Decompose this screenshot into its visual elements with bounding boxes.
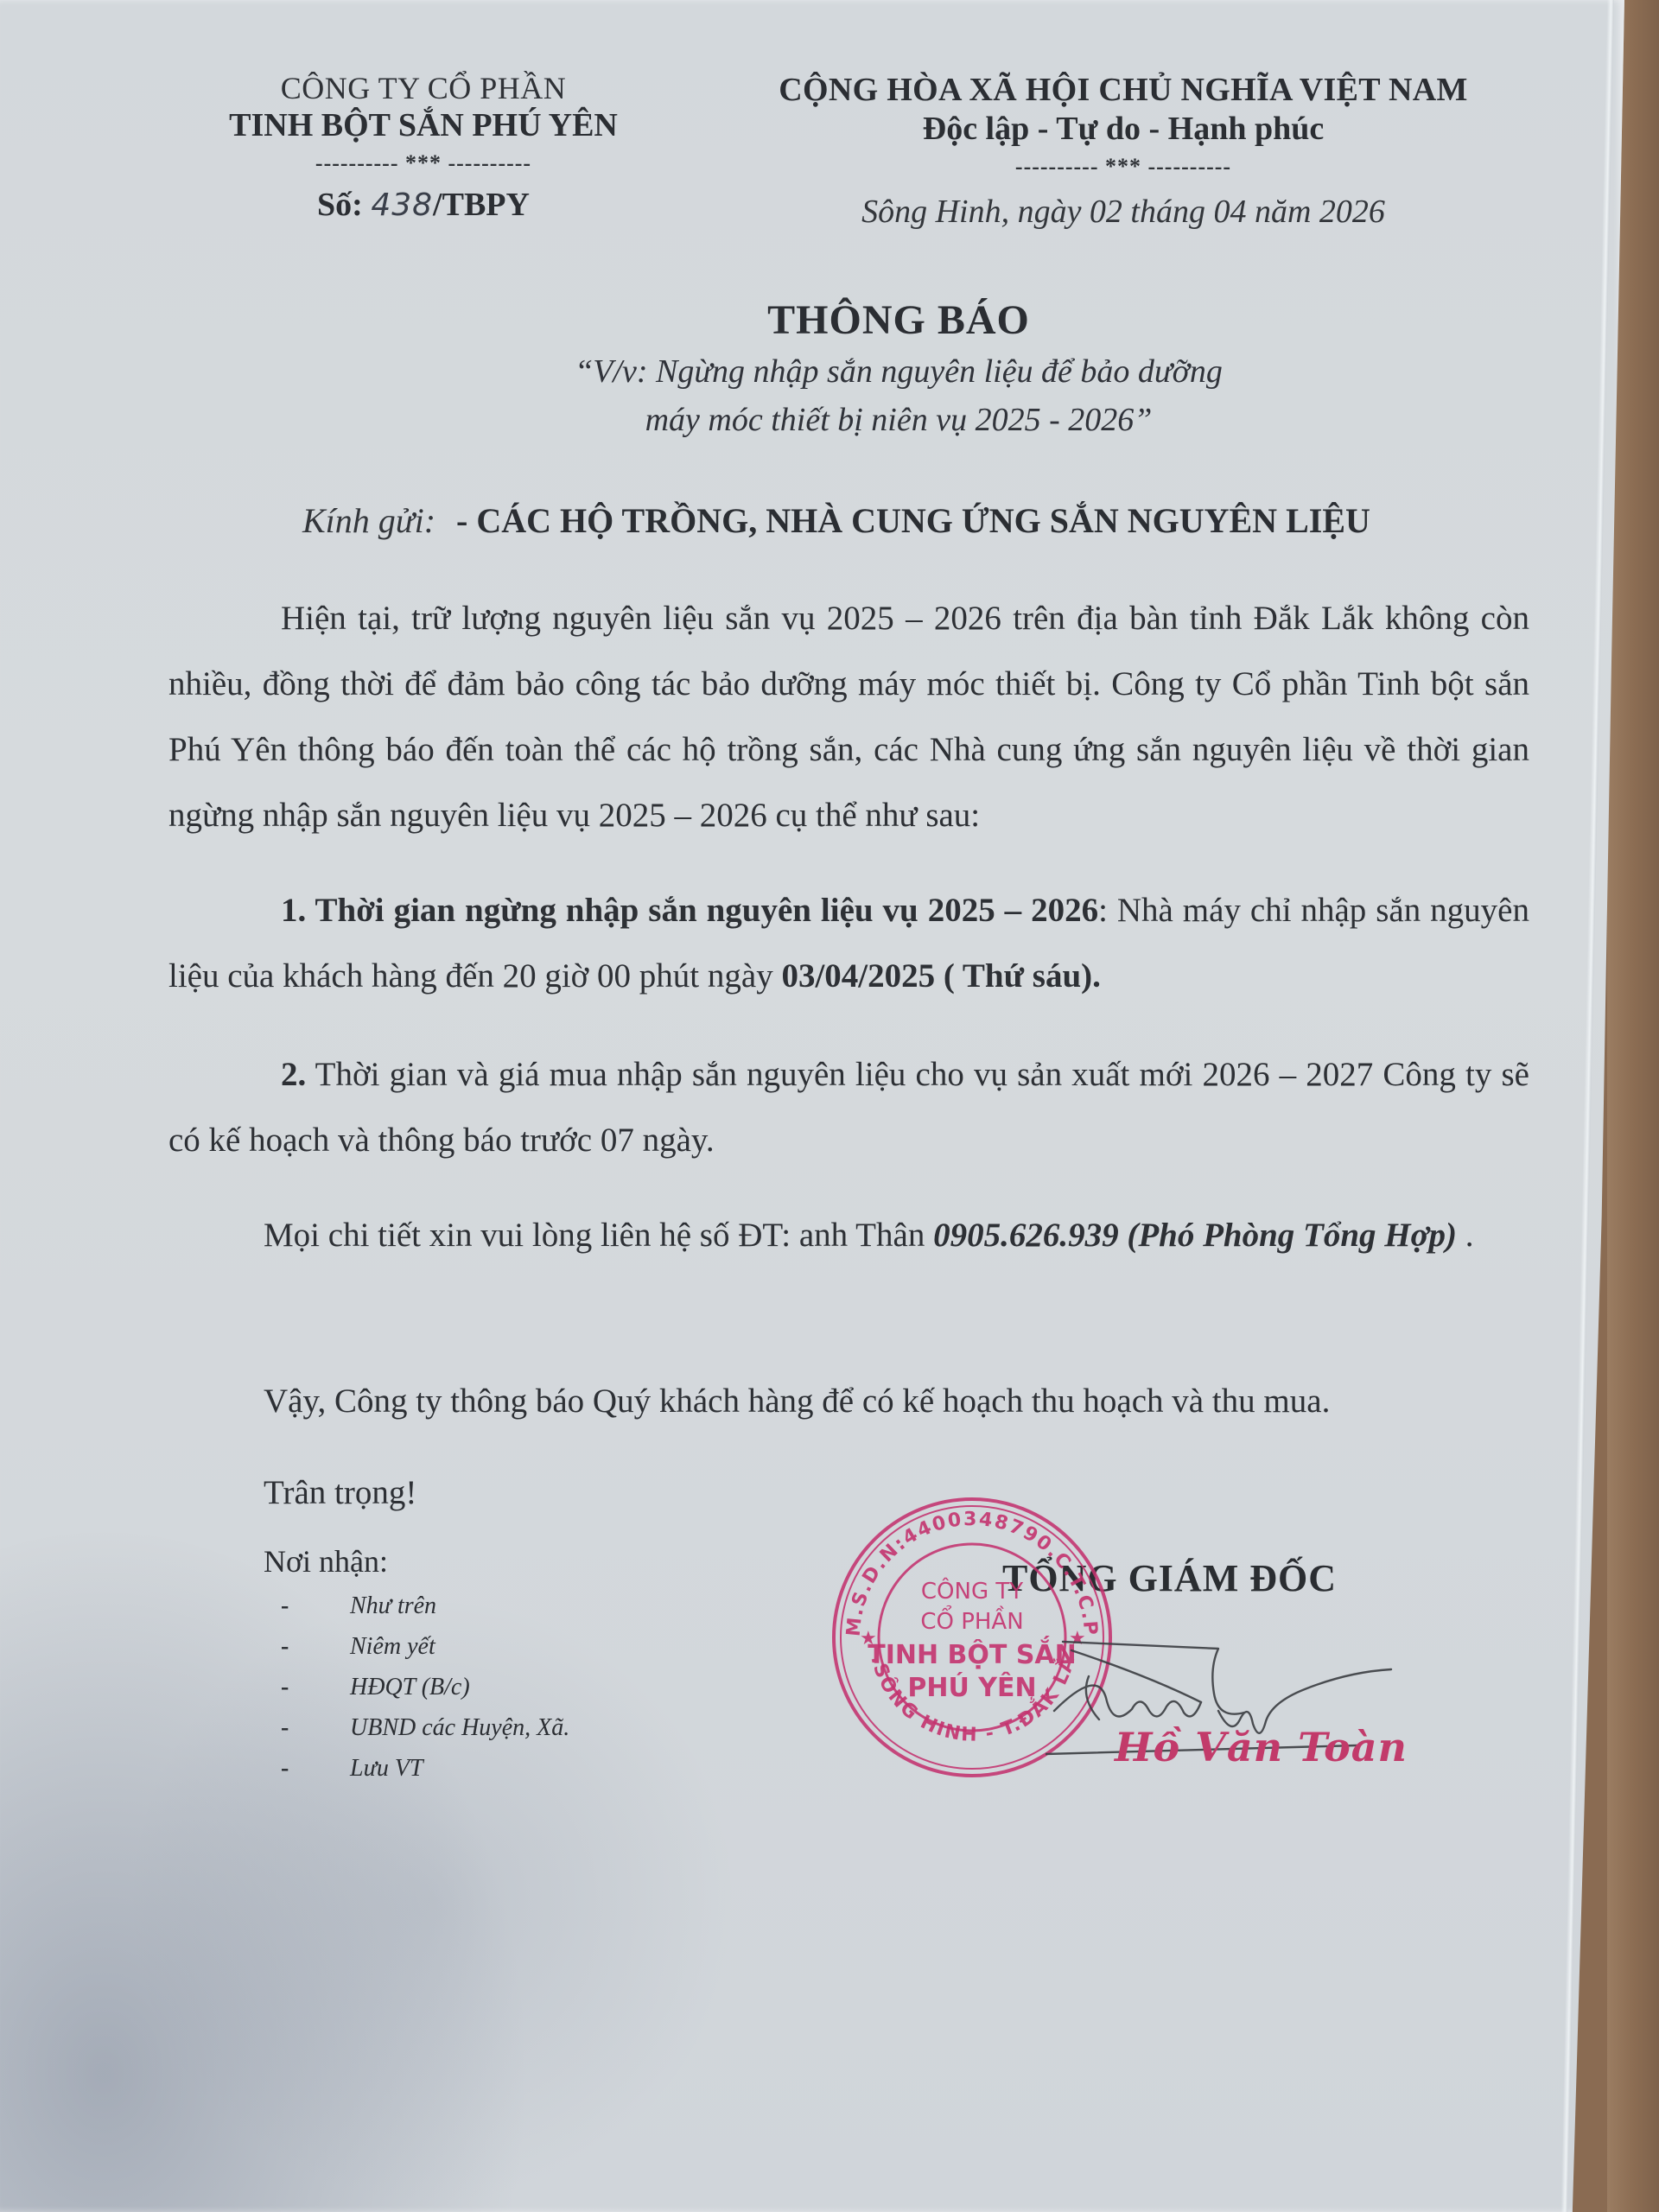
distribution-item: -HĐQT (B/c) (264, 1667, 696, 1707)
addressee: Kính gửi: - CÁC HỘ TRỒNG, NHÀ CUNG ỨNG S… (302, 499, 1512, 543)
distribution-item: -UBND các Huyện, Xã. (264, 1707, 696, 1748)
distribution-label: Nơi nhận: (264, 1542, 696, 1580)
motto-divider: ---------- *** ---------- (726, 152, 1521, 181)
header-divider: ---------- *** ---------- (173, 149, 674, 178)
nation-name: CỘNG HÒA XÃ HỘI CHỦ NGHĨA VIỆT NAM (726, 71, 1521, 109)
distribution-item: -Lưu VT (264, 1748, 696, 1789)
company-line-2: TINH BỘT SẮN PHÚ YÊN (173, 105, 674, 145)
subject-line-2: máy móc thiết bị niên vụ 2025 - 2026” (484, 396, 1313, 444)
title-block: THÔNG BÁO “V/v: Ngừng nhập sắn nguyên li… (484, 294, 1313, 444)
distribution-list: Nơi nhận: -Như trên -Niêm yết -HĐQT (B/c… (264, 1542, 696, 1789)
svg-text:CÔNG TY: CÔNG TY (921, 1577, 1023, 1605)
item-2-text: Thời gian và giá mua nhập sắn nguyên liệ… (168, 1056, 1529, 1159)
subject-line-1: “V/v: Ngừng nhập sắn nguyên liệu để bảo … (484, 347, 1313, 396)
place-date: Sông Hinh, ngày 02 tháng 04 năm 2026 (726, 190, 1521, 233)
intro-text: Hiện tại, trữ lượng nguyên liệu sắn vụ 2… (168, 600, 1529, 834)
national-header: CỘNG HÒA XÃ HỘI CHỦ NGHĨA VIỆT NAM Độc l… (726, 71, 1521, 233)
addressee-label: Kính gửi: (302, 501, 435, 540)
addressee-value: - CÁC HỘ TRỒNG, NHÀ CUNG ỨNG SẮN NGUYÊN … (456, 501, 1370, 540)
item-1-deadline: 03/04/2025 ( Thứ sáu). (781, 957, 1100, 995)
document-title: THÔNG BÁO (484, 294, 1313, 347)
item-1-heading: 1. Thời gian ngừng nhập sắn nguyên liệu … (281, 892, 1098, 929)
national-motto: Độc lập - Tự do - Hạnh phúc (726, 109, 1521, 149)
contact-text: Mọi chi tiết xin vui lòng liên hệ số ĐT:… (264, 1217, 933, 1254)
document-number-handwritten: 438 (371, 188, 433, 223)
contact-paragraph: Mọi chi tiết xin vui lòng liên hệ số ĐT:… (264, 1203, 1529, 1268)
document-number: Số: 438/TBPY (173, 183, 674, 227)
item-2-number: 2. (281, 1056, 306, 1093)
distribution-items: -Như trên -Niêm yết -HĐQT (B/c) -UBND cá… (264, 1586, 696, 1789)
svg-text:PHÚ YÊN: PHÚ YÊN (907, 1671, 1036, 1703)
contact-phone: 0905.626.939 (Phó Phòng Tổng Hợp) (933, 1217, 1457, 1254)
document-number-prefix: Số: (317, 187, 363, 223)
item-2-paragraph: 2. Thời gian và giá mua nhập sắn nguyên … (168, 1042, 1529, 1173)
distribution-item: -Niêm yết (264, 1626, 696, 1667)
item-1-paragraph: 1. Thời gian ngừng nhập sắn nguyên liệu … (168, 878, 1529, 1009)
svg-text:CỔ PHẦN: CỔ PHẦN (920, 1605, 1023, 1635)
contact-end: . (1457, 1217, 1474, 1254)
document-number-suffix: /TBPY (433, 187, 530, 223)
issuer-header: CÔNG TY CỔ PHẦN TINH BỘT SẮN PHÚ YÊN ---… (173, 71, 674, 227)
document-page: CÔNG TY CỔ PHẦN TINH BỘT SẮN PHÚ YÊN ---… (0, 0, 1624, 2212)
closing-paragraph: Vậy, Công ty thông báo Quý khách hàng để… (264, 1369, 1529, 1434)
intro-paragraph: Hiện tại, trữ lượng nguyên liệu sắn vụ 2… (168, 586, 1529, 849)
signer-name: Hồ Văn Toàn (1115, 1721, 1408, 1773)
distribution-item: -Như trên (264, 1586, 696, 1626)
company-line-1: CÔNG TY CỔ PHẦN (173, 71, 674, 105)
